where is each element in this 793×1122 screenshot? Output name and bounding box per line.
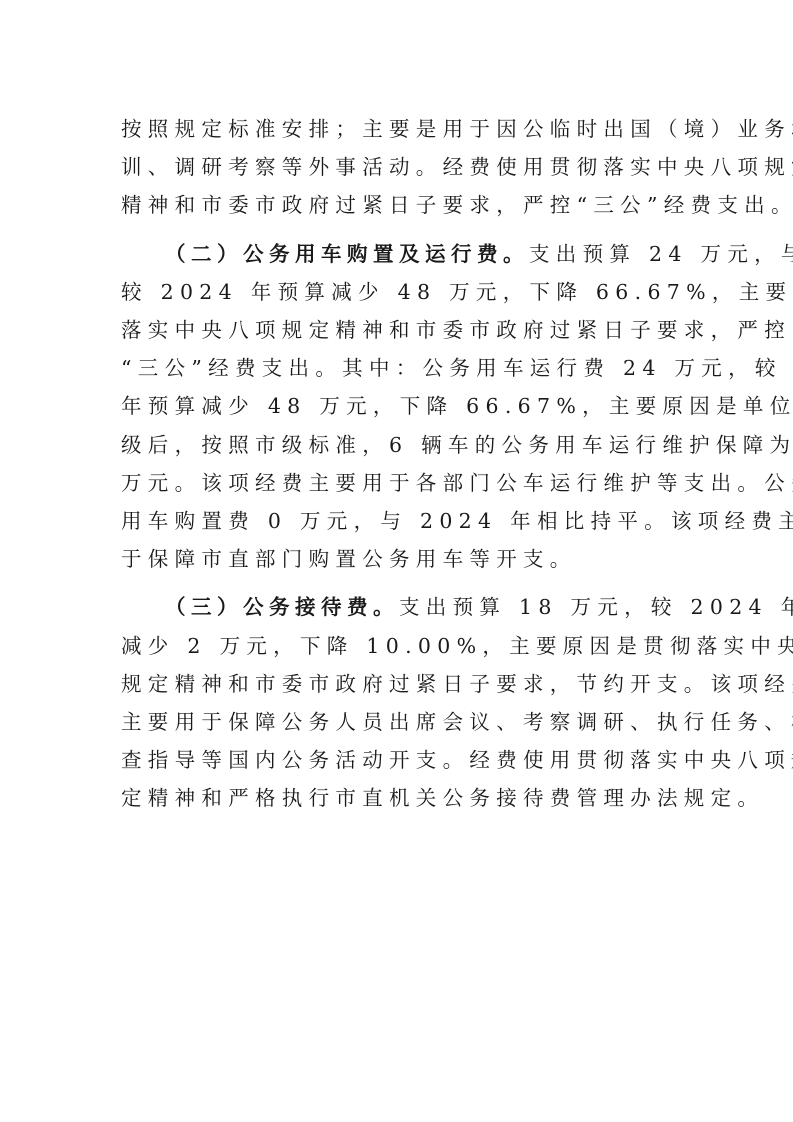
text-line: 级后，按照市级标准，6 辆车的公务用车运行维护保障为 24 bbox=[121, 426, 675, 464]
text-line: （三）公务接待费。支出预算 18 万元，较 2024 年预算 bbox=[121, 588, 675, 626]
text-line: 定精神和严格执行市直机关公务接待费管理办法规定。 bbox=[121, 779, 675, 817]
text-fragment: 支出预算 24 万元，与 bbox=[529, 242, 793, 266]
text-line: 落实中央八项规定精神和市委市政府过紧日子要求，严控 bbox=[121, 311, 675, 349]
paragraph-foreign-travel-continuation: 按照规定标准安排；主要是用于因公临时出国（境）业务培 训、调研考察等外事活动。经… bbox=[121, 110, 675, 225]
section-heading-reception: （三）公务接待费。 bbox=[165, 595, 399, 619]
paragraph-vehicle-expenses: （二）公务用车购置及运行费。支出预算 24 万元，与 较 2024 年预算减少 … bbox=[121, 235, 675, 579]
text-line: 按照规定标准安排；主要是用于因公临时出国（境）业务培 bbox=[121, 110, 675, 148]
text-line: 较 2024 年预算减少 48 万元，下降 66.67%，主要原因是贯彻 bbox=[121, 273, 675, 311]
text-line: （二）公务用车购置及运行费。支出预算 24 万元，与 bbox=[121, 235, 675, 273]
text-line: 主要用于保障公务人员出席会议、考察调研、执行任务、检 bbox=[121, 703, 675, 741]
text-fragment: 支出预算 18 万元，较 2024 年预算 bbox=[399, 595, 793, 619]
section-heading-vehicle: （二）公务用车购置及运行费。 bbox=[165, 242, 529, 266]
text-line: 年预算减少 48 万元，下降 66.67%，主要原因是单位划归市 bbox=[121, 387, 675, 425]
text-line: 查指导等国内公务活动开支。经费使用贯彻落实中央八项规 bbox=[121, 741, 675, 779]
paragraph-reception-expenses: （三）公务接待费。支出预算 18 万元，较 2024 年预算 减少 2 万元，下… bbox=[121, 588, 675, 817]
text-line: 减少 2 万元，下降 10.00%，主要原因是贯彻落实中央八项 bbox=[121, 627, 675, 665]
text-line: “三公”经费支出。其中：公务用车运行费 24 万元，较 2024 bbox=[121, 349, 675, 387]
text-line: 训、调研考察等外事活动。经费使用贯彻落实中央八项规定 bbox=[121, 148, 675, 186]
text-line: 于保障市直部门购置公务用车等开支。 bbox=[121, 540, 675, 578]
document-page: 按照规定标准安排；主要是用于因公临时出国（境）业务培 训、调研考察等外事活动。经… bbox=[121, 110, 675, 818]
text-line: 规定精神和市委市政府过紧日子要求，节约开支。该项经费 bbox=[121, 665, 675, 703]
text-line: 精神和市委市政府过紧日子要求，严控“三公”经费支出。 bbox=[121, 186, 675, 224]
text-line: 用车购置费 0 万元，与 2024 年相比持平。该项经费主要用 bbox=[121, 502, 675, 540]
text-line: 万元。该项经费主要用于各部门公车运行维护等支出。公务 bbox=[121, 464, 675, 502]
